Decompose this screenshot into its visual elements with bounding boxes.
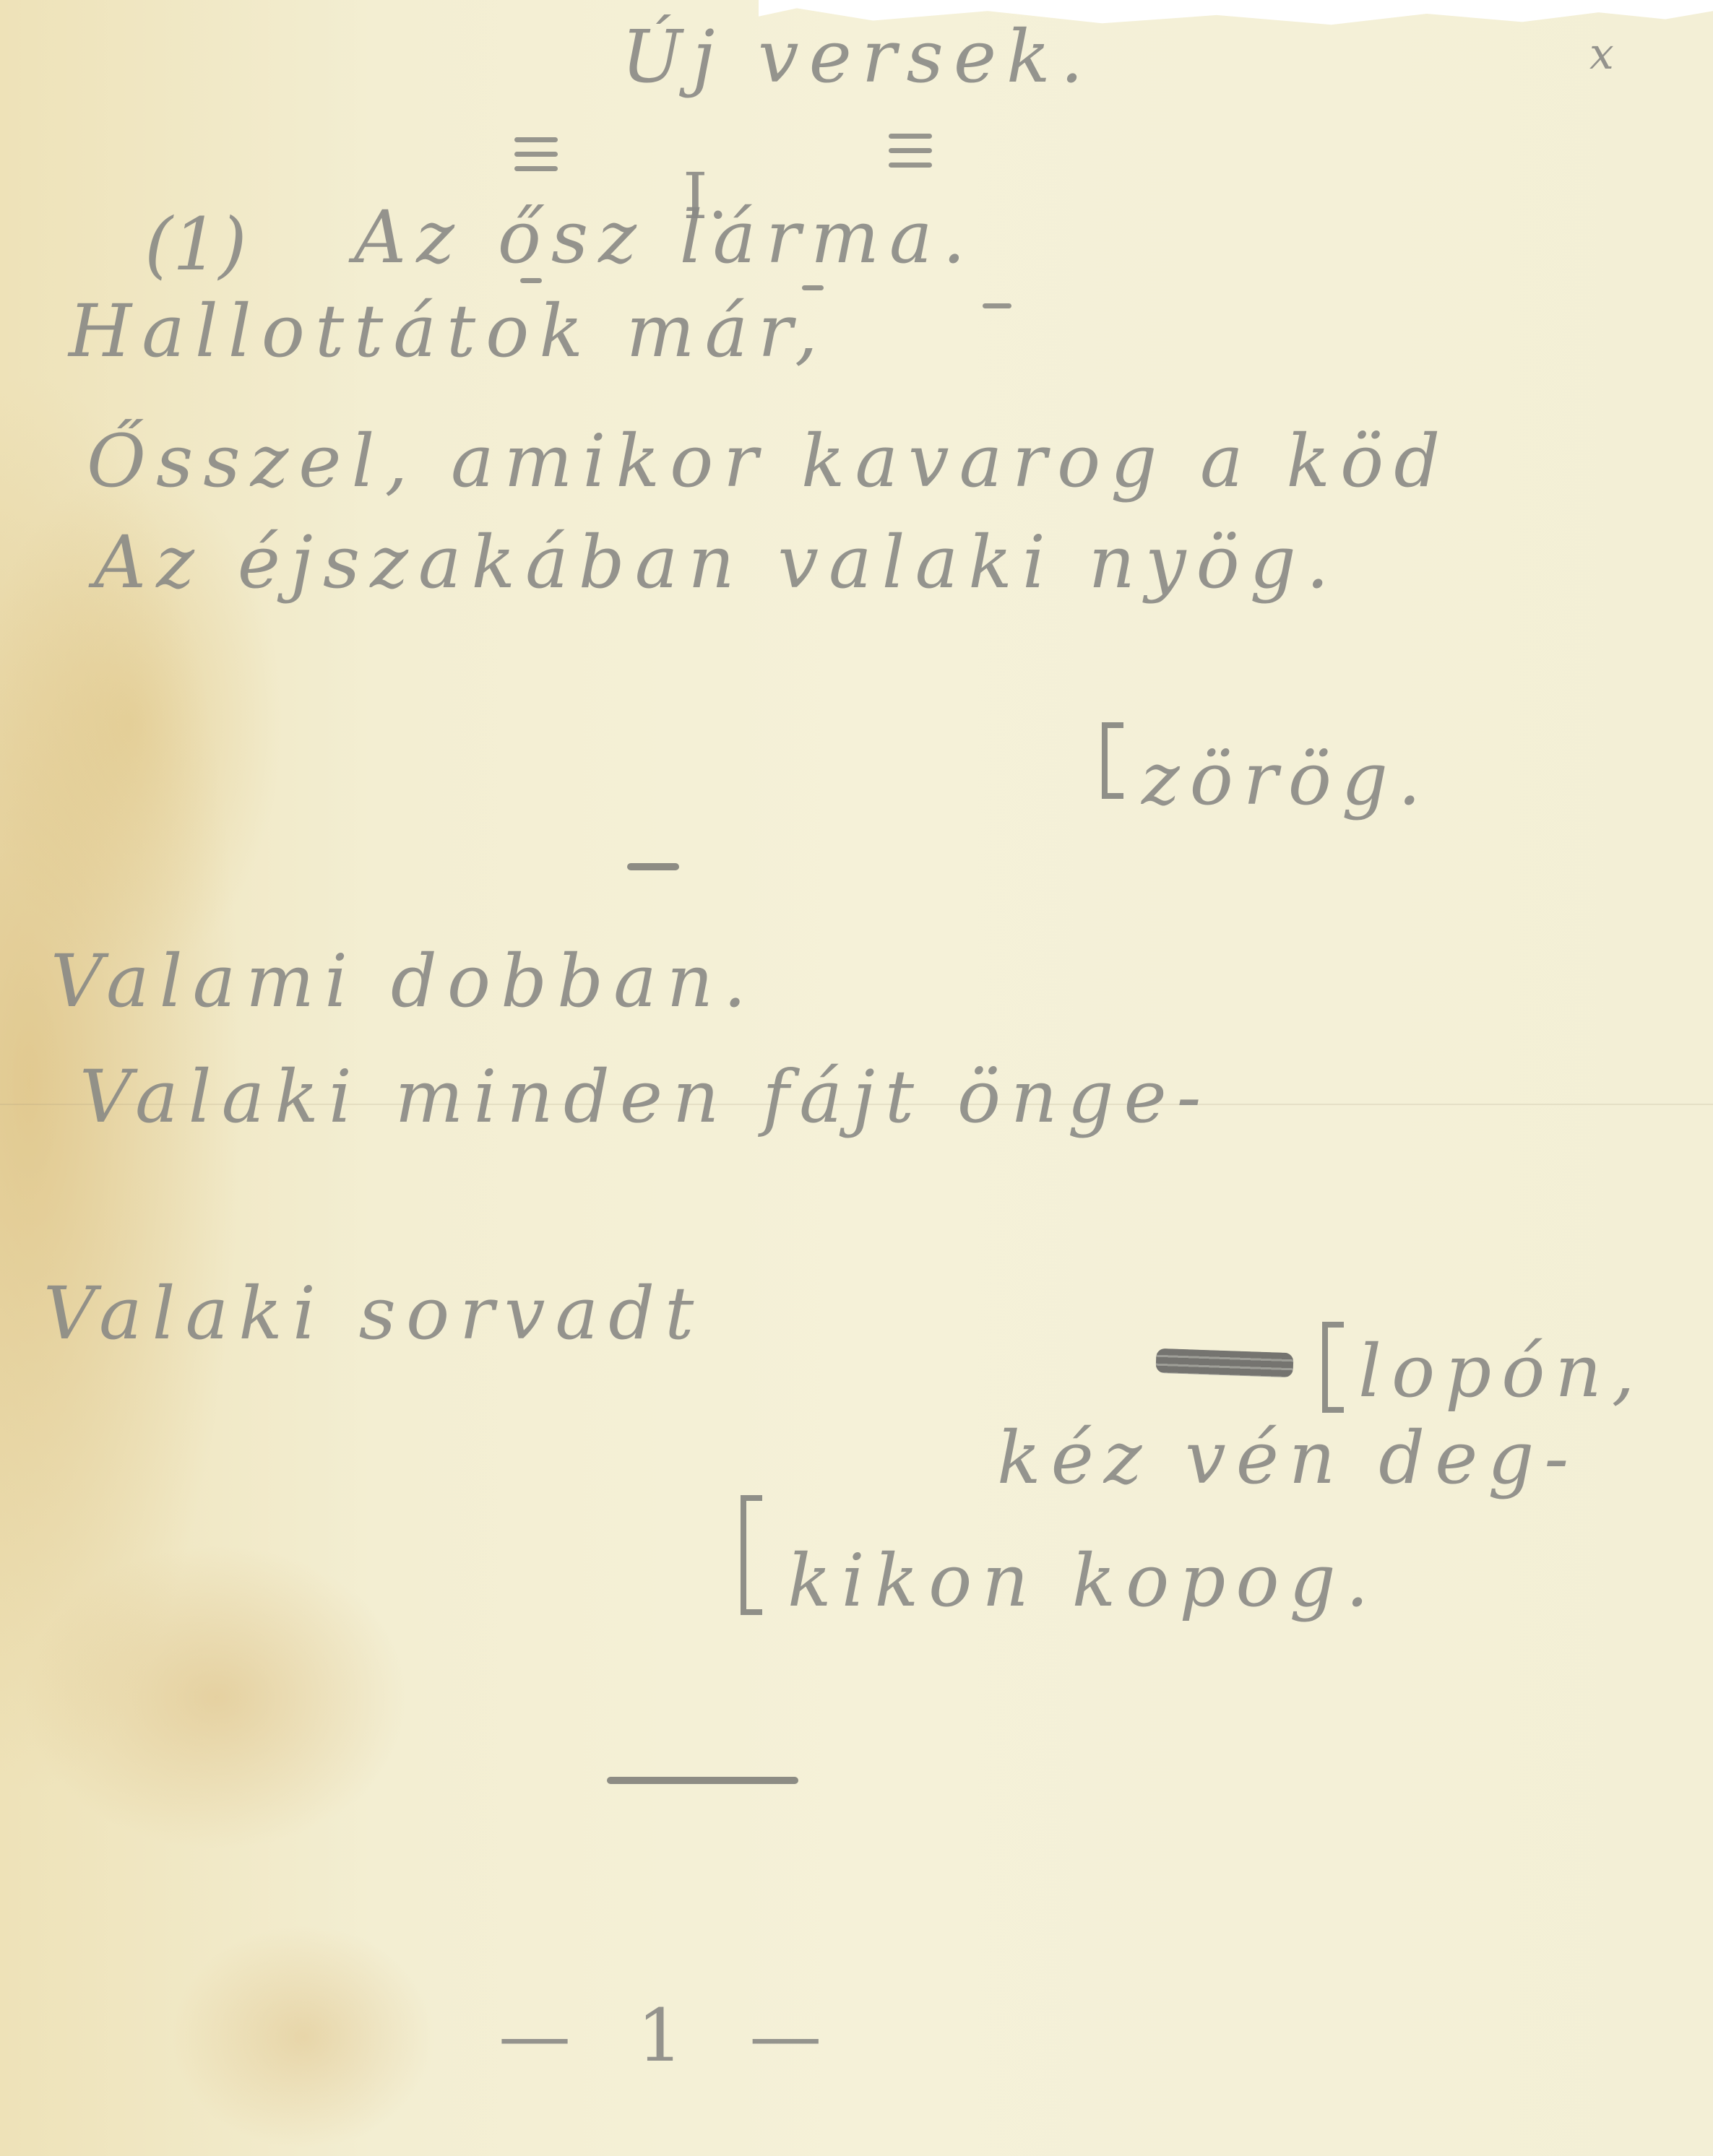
variant-bracket — [1322, 1322, 1344, 1413]
poem-line-2: Ősszel, amikor kavarog a köd — [87, 419, 1450, 503]
poem-line-4: Valami dobban. — [51, 939, 756, 1023]
title-underline — [514, 166, 558, 171]
poem-line-3: Az éjszakában valaki nyög. — [94, 520, 1339, 605]
watermark: Antikvarium.hu — [0, 2052, 3, 2152]
corner-mark: x — [1589, 29, 1614, 79]
variant-word: zörög. — [1142, 737, 1431, 821]
poem-line-5: Valaki minden fájt önge- — [79, 1055, 1211, 1139]
poem-line-1: Hallottátok már, — [69, 289, 828, 373]
title-underline — [889, 163, 932, 168]
variant-line: kikon kopog. — [788, 1538, 1378, 1623]
variant-bracket — [1102, 722, 1123, 799]
variant-line: kéz vén deg- — [997, 1416, 1579, 1500]
poem-end-divider — [607, 1777, 798, 1784]
title-underline — [514, 137, 558, 142]
title-mark — [983, 303, 1011, 308]
title-underline — [514, 152, 558, 157]
title-mark — [520, 278, 542, 283]
manuscript-title: Új versek. — [621, 14, 1093, 99]
title-underline — [889, 134, 932, 139]
struck-out-word — [1155, 1348, 1293, 1378]
variant-word: lopón, — [1358, 1329, 1645, 1413]
poem-number: (1) — [144, 202, 247, 287]
variant-bracket — [741, 1495, 762, 1615]
poem-title: Az ősz lárma. — [354, 195, 975, 280]
title-underline — [889, 148, 932, 153]
page-number: — 1 — — [499, 1993, 843, 2078]
stanza-divider — [627, 863, 679, 870]
poem-line-6: Valaki sorvadt — [43, 1271, 704, 1356]
